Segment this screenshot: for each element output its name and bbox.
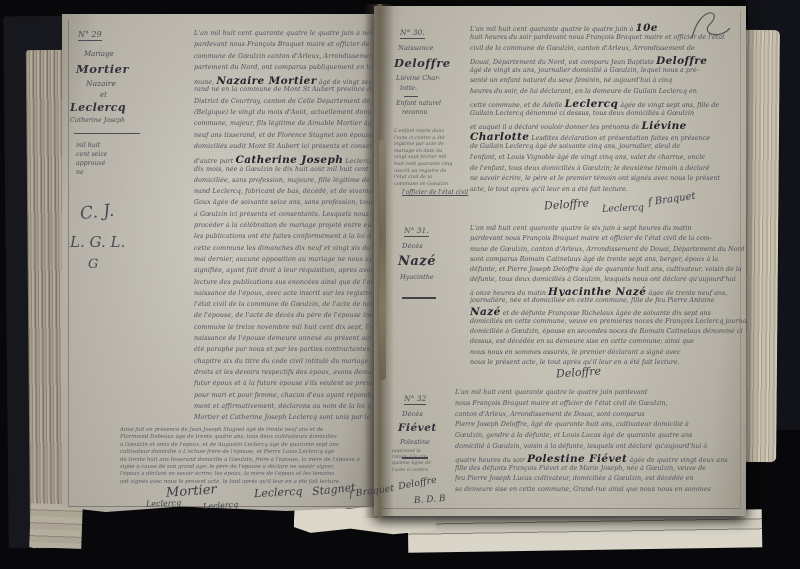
recognized-label: reconnu	[402, 109, 474, 116]
left-margin-annotation: N° 29 Mariage Mortier Nazaire et Leclerc…	[70, 22, 188, 272]
conjunction-label: et	[100, 91, 188, 99]
legitimation-note: L'enfant repris dansl'acte ci contre a é…	[394, 128, 474, 187]
natural-child-label: Enfant naturel	[396, 100, 474, 107]
signature-leclercq: Leclercq	[146, 498, 182, 508]
record-30-kind: Naissance	[398, 44, 474, 52]
child-firstname-2: lotte.	[400, 84, 474, 92]
record-31-kind: Décès	[402, 242, 468, 250]
marriage-act-witness-text: Ainsi fait en présence de Jean Joseph St…	[120, 427, 372, 486]
margin-flourish: G	[88, 257, 188, 272]
death-act-32-body-text: L'an mil huit cent quarante quatre le qu…	[455, 388, 747, 496]
signature-leclercq: Leclercq	[254, 485, 303, 501]
margin-initials-lgl: L. G. L.	[70, 233, 188, 251]
record-32-number: N° 32	[404, 394, 426, 405]
act-type-label: Mariage	[84, 50, 188, 58]
margin-approval-note: mil huitcent seizeapprouvéne	[70, 141, 188, 177]
groom-surname: Mortier	[76, 62, 188, 76]
marriage-act-body-text: L'an mil huit cent quarante quatre le qu…	[194, 30, 372, 425]
record-30-number: N° 30.	[400, 28, 425, 39]
margin-divider-rule	[402, 297, 436, 299]
binding-strip	[379, 140, 386, 380]
record-31-margin: N° 31. Décès Nazé Hyacinthe	[398, 218, 468, 299]
archival-register-photo: N° 29 Mariage Mortier Nazaire et Leclerc…	[0, 0, 800, 569]
deceased-firstname: Hyacinthe	[400, 273, 468, 281]
birth-act-body-text: L'an mil huit cent quarante quatre le qu…	[470, 22, 744, 196]
paraph-flourish	[686, 8, 734, 44]
signature-leclercq: Leclercq	[602, 202, 644, 214]
bride-firstname: Catherine Joseph	[70, 117, 188, 124]
record-30-margin: N° 30. Naissance Deloffre Liévine Char- …	[394, 20, 474, 196]
bride-surname: Leclercq	[70, 101, 188, 114]
page-edges-left-stack	[26, 50, 68, 548]
child-surname: Deloffre	[394, 56, 474, 70]
record-29-number: N° 29	[78, 30, 102, 41]
groom-firstname: Nazaire	[86, 79, 188, 88]
record-31-number: N° 31.	[404, 226, 429, 237]
margin-initials-cj: C. J.	[79, 198, 141, 224]
signature-leclercq: Leclercq	[203, 500, 239, 511]
death-act-31-body-text: L'an mil huit cent quarante quatre le si…	[470, 224, 746, 368]
erasure-approval-note: approuvé larature à la cin-quième ligne …	[392, 449, 456, 474]
deceased-surname: Nazé	[398, 254, 468, 269]
child-firstname: Liévine Char-	[396, 74, 474, 82]
margin-mini-rule	[404, 96, 418, 97]
margin-divider-rule	[74, 133, 140, 134]
legitimation-note-signature: l'officier de l'état civil	[402, 189, 474, 196]
page-edges-bottom-left	[29, 503, 83, 549]
